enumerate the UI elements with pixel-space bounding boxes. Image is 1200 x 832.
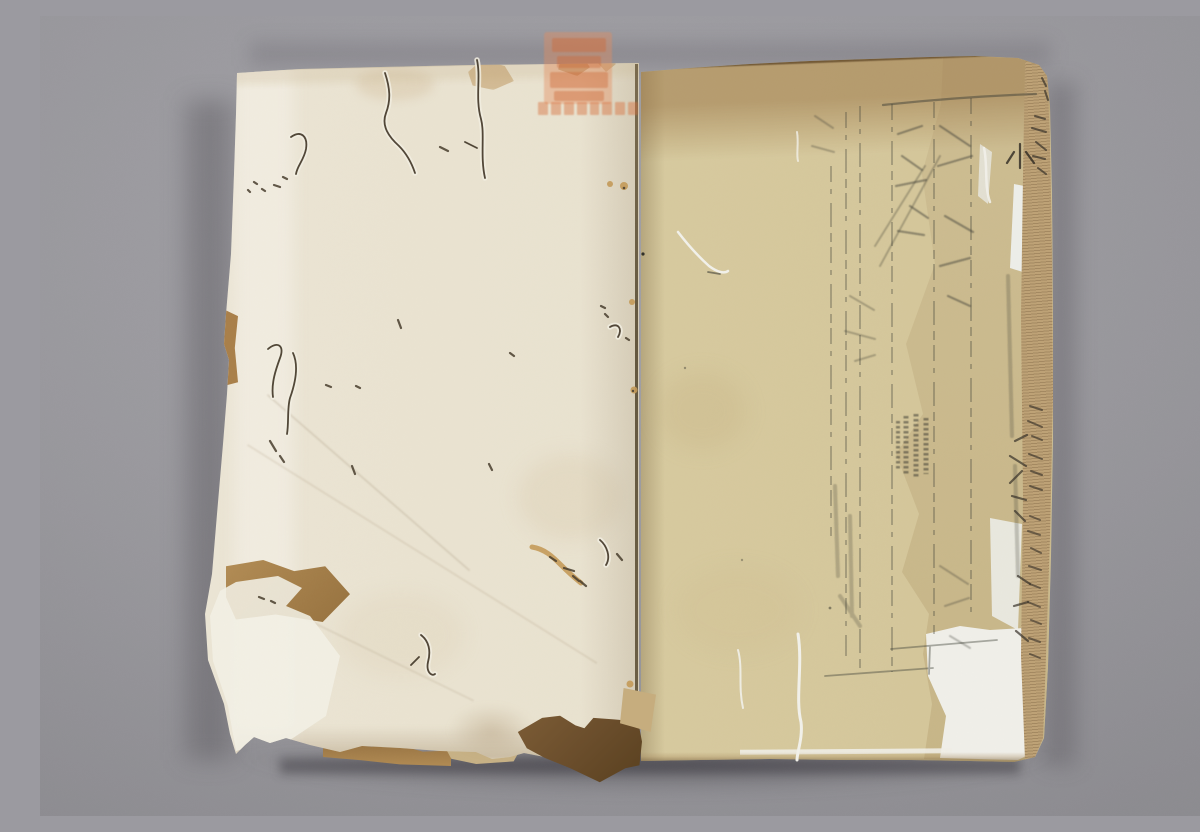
photo-grain [40, 16, 1200, 816]
seal-caption-glyph [551, 102, 561, 115]
seal-caption-glyph [538, 102, 548, 115]
damage-and-ink-linework [40, 16, 1200, 816]
seal-glyph-row [557, 56, 601, 68]
seal-caption-glyph [628, 102, 638, 115]
seal-glyph-row [552, 38, 606, 52]
seal-caption-glyph [602, 102, 612, 115]
folded-flap-shading [448, 704, 534, 756]
seal-caption-glyph [615, 102, 625, 115]
seal-glyph-row [554, 91, 604, 101]
seal-caption-glyph [564, 102, 574, 115]
seal-caption-row [538, 102, 638, 115]
book-photograph [40, 16, 1200, 816]
collection-seal-watermark [544, 30, 640, 116]
seal-square [544, 32, 612, 104]
seal-caption-glyph [590, 102, 600, 115]
seal-caption-glyph [577, 102, 587, 115]
seal-glyph-row [550, 72, 608, 88]
